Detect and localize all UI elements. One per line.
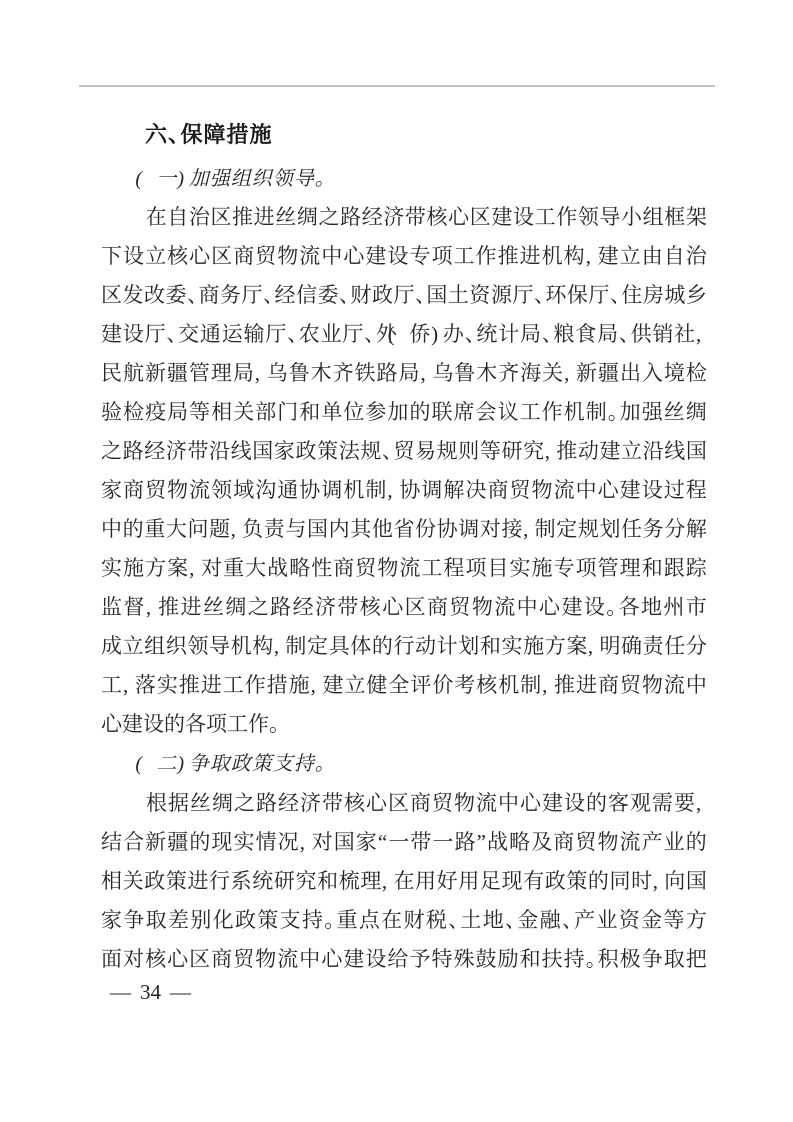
subsection-1-paragraph: 在自治区推进丝绸之路经济带核心区建设工作领导小组框架下设立核心区商贸物流中心建设… — [101, 198, 707, 744]
text-line: 在自治区推进丝绸之路经济带核心区建设工作领导小组框架 — [101, 198, 707, 237]
text-line: 结合新疆的现实情况,对国家“一带一路”战略及商贸物流产业的 — [101, 823, 707, 862]
subsection-2-paragraph: 根据丝绸之路经济带核心区商贸物流中心建设的客观需要,结合新疆的现实情况,对国家“… — [101, 784, 707, 979]
text-line: 根据丝绸之路经济带核心区商贸物流中心建设的客观需要, — [101, 784, 707, 823]
page-number-right-dash: — — [170, 980, 191, 1005]
page-number: — 34 — — [110, 980, 191, 1005]
text-line: 建设厅、交通运输厅、农业厅、外(侨)办、统计局、粮食局、供销社, — [101, 315, 707, 354]
subsection-2-heading: (二)争取政策支持。 — [145, 754, 325, 774]
text-line: 民航新疆管理局,乌鲁木齐铁路局,乌鲁木齐海关,新疆出入境检 — [101, 354, 707, 393]
text-line: 家争取差别化政策支持。重点在财税、土地、金融、产业资金等方 — [101, 901, 707, 940]
page-number-value: 34 — [140, 980, 161, 1005]
text-line: 下设立核心区商贸物流中心建设专项工作推进机构,建立由自治 — [101, 237, 707, 276]
text-line: 验检疫局等相关部门和单位参加的联席会议工作机制。加强丝绸 — [101, 393, 707, 432]
text-line: 工,落实推进工作措施,建立健全评价考核机制,推进商贸物流中 — [101, 666, 707, 705]
header-rule — [79, 85, 715, 87]
document-page: 六、保障措施 (一)加强组织领导。 在自治区推进丝绸之路经济带核心区建设工作领导… — [0, 0, 793, 1122]
text-line: 监督,推进丝绸之路经济带核心区商贸物流中心建设。各地州市 — [101, 588, 707, 627]
page-number-left-dash: — — [110, 980, 131, 1005]
text-line: 相关政策进行系统研究和梳理,在用好用足现有政策的同时,向国 — [101, 862, 707, 901]
section-heading: 六、保障措施 — [145, 124, 272, 146]
text-line: 实施方案,对重大战略性商贸物流工程项目实施专项管理和跟踪 — [101, 549, 707, 588]
subsection-1-heading: (一)加强组织领导。 — [145, 169, 325, 189]
text-line: 家商贸物流领域沟通协调机制,协调解决商贸物流中心建设过程 — [101, 471, 707, 510]
text-line: 心建设的各项工作。 — [101, 705, 707, 744]
text-line: 中的重大问题,负责与国内其他省份协调对接,制定规划任务分解 — [101, 510, 707, 549]
text-line: 面对核心区商贸物流中心建设给予特殊鼓励和扶持。积极争取把 — [101, 940, 707, 979]
text-line: 成立组织领导机构,制定具体的行动计划和实施方案,明确责任分 — [101, 627, 707, 666]
text-line: 区发改委、商务厅、经信委、财政厅、国土资源厅、环保厅、住房城乡 — [101, 276, 707, 315]
text-line: 之路经济带沿线国家政策法规、贸易规则等研究,推动建立沿线国 — [101, 432, 707, 471]
